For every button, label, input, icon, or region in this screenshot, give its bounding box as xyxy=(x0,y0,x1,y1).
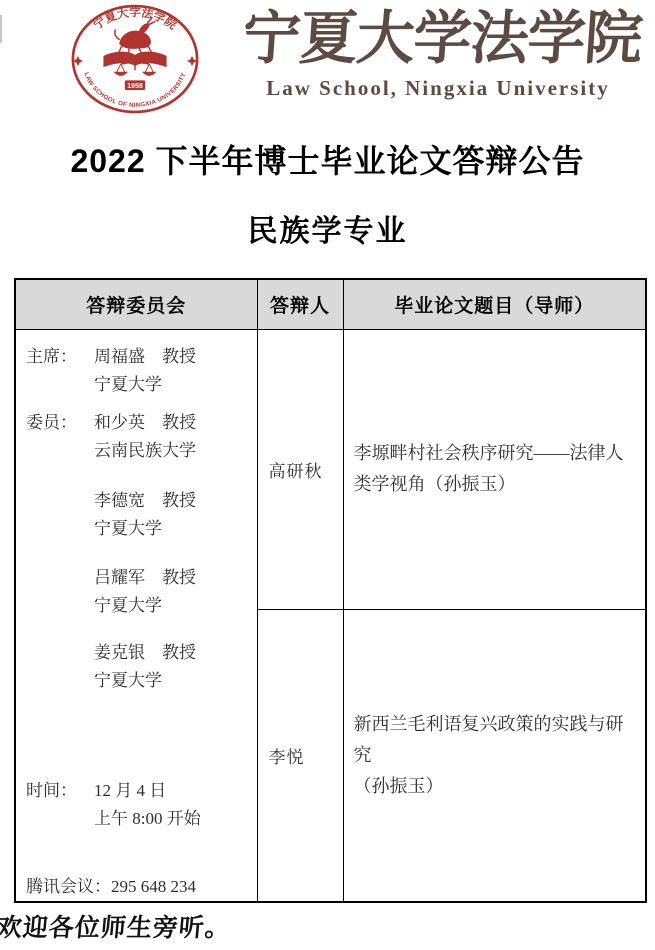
page-subtitle: 民族学专业 xyxy=(0,206,655,250)
member-affiliation: 云南民族大学 xyxy=(26,437,251,465)
english-school-name: Law School, Ningxia University xyxy=(232,76,644,101)
member-name: 李德宽 教授 xyxy=(26,487,251,515)
table-header-row: 答辩委员会 答辩人 毕业论文题目（导师） xyxy=(15,279,646,329)
committee-member: 委员：和少英 教授 xyxy=(26,409,251,437)
thesis-title: 新西兰毛利语复兴政策的实践与研究 xyxy=(354,709,638,771)
thesis-cell: 李塬畔村社会秩序研究——法律人类学视角（孙振玉） xyxy=(343,329,646,609)
chair-label: 主席： xyxy=(26,343,94,371)
defense-time: 时间：12 月 4 日 xyxy=(26,777,251,805)
time-date: 12 月 4 日 xyxy=(94,781,166,800)
chair-name: 周福盛 教授 xyxy=(94,347,196,366)
header-committee: 答辩委员会 xyxy=(15,279,257,329)
announcement-page: 宁夏大学法学院 LAW SCHOOL OF NINGXIA UNIVERSITY xyxy=(0,0,655,950)
time-label: 时间： xyxy=(26,777,94,805)
thesis-title: 李塬畔村社会秩序研究——法律人类学视角（孙振玉） xyxy=(354,438,638,500)
header-defender: 答辩人 xyxy=(257,279,343,329)
time-start: 上午 8:00 开始 xyxy=(26,805,251,833)
defense-table: 答辩委员会 答辩人 毕业论文题目（导师） 主席：周福盛 教授 宁夏大学 委员：和… xyxy=(14,278,647,903)
member-name: 姜克银 教授 xyxy=(26,639,251,667)
meeting-info: 腾讯会议：295 648 234 xyxy=(26,873,251,901)
page-edge-artifact xyxy=(0,15,2,43)
table-row: 主席：周福盛 教授 宁夏大学 委员：和少英 教授 云南民族大学 李德宽 教授 宁… xyxy=(15,329,646,609)
chair-affiliation: 宁夏大学 xyxy=(26,371,251,399)
member-name: 和少英 教授 xyxy=(94,413,196,432)
member-affiliation: 宁夏大学 xyxy=(26,592,251,620)
header-thesis: 毕业论文题目（导师） xyxy=(343,279,646,329)
welcome-note: 欢迎各位师生旁听。 xyxy=(0,908,233,944)
defender-name: 李悦 xyxy=(257,609,343,902)
page-title: 2022 下半年博士毕业论文答辩公告 xyxy=(0,136,655,182)
calligraphy-school-name: 宁夏大学法学院 xyxy=(235,4,648,76)
thesis-advisor: （孙振玉） xyxy=(354,771,638,802)
seal-year-text: 1958 xyxy=(127,82,143,90)
committee-cell: 主席：周福盛 教授 宁夏大学 委员：和少英 教授 云南民族大学 李德宽 教授 宁… xyxy=(15,329,257,902)
committee-chair: 主席：周福盛 教授 xyxy=(26,343,251,371)
member-affiliation: 宁夏大学 xyxy=(26,515,251,543)
university-seal-logo: 宁夏大学法学院 LAW SCHOOL OF NINGXIA UNIVERSITY xyxy=(58,3,212,115)
member-affiliation: 宁夏大学 xyxy=(26,667,251,695)
thesis-cell: 新西兰毛利语复兴政策的实践与研究 （孙振玉） xyxy=(343,609,646,902)
meeting-id: 295 648 234 xyxy=(111,877,196,896)
defender-name: 高研秋 xyxy=(257,329,343,609)
seal-icon: 宁夏大学法学院 LAW SCHOOL OF NINGXIA UNIVERSITY xyxy=(58,3,212,115)
meeting-label: 腾讯会议： xyxy=(26,877,111,896)
seal-year-banner: 1958 xyxy=(125,80,145,90)
member-label: 委员： xyxy=(26,409,94,437)
member-name: 吕耀军 教授 xyxy=(26,564,251,592)
